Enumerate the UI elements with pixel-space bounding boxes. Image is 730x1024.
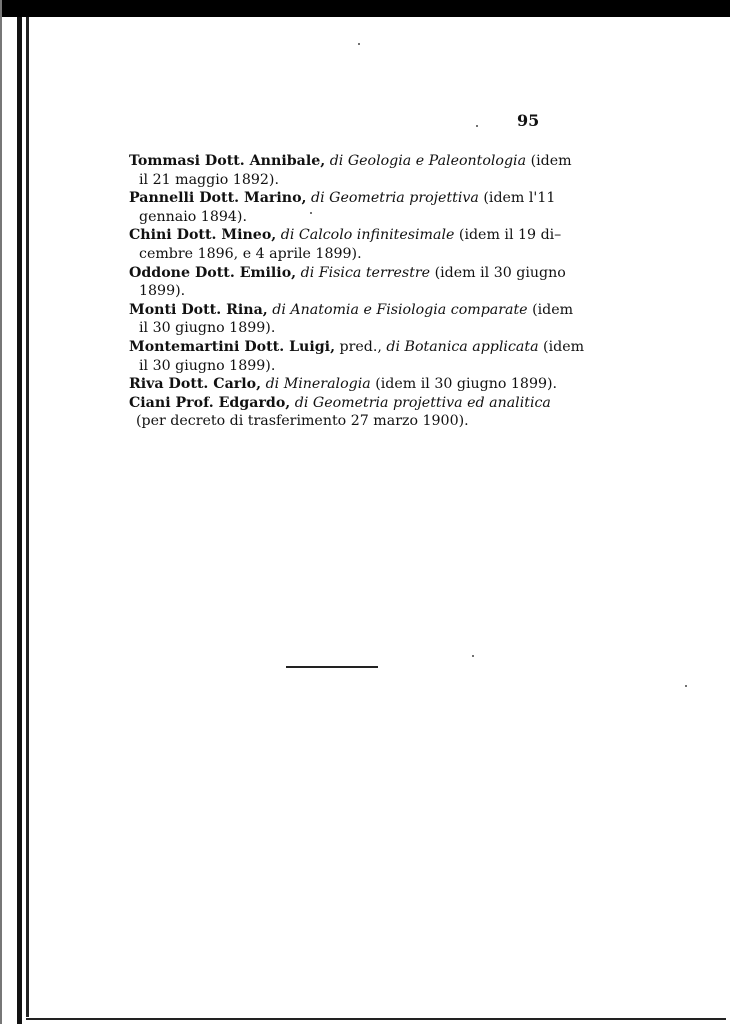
scan-top-border — [0, 0, 730, 17]
scan-speck — [310, 212, 312, 214]
list-item: Tommasi Dott. Annibale, di Geologia e Pa… — [129, 152, 541, 189]
scan-speck — [358, 43, 360, 45]
scan-speck — [685, 685, 687, 687]
list-item: Chini Dott. Mineo, di Calcolo infinitesi… — [129, 226, 541, 263]
book-binding-edge — [26, 17, 29, 1017]
scan-left-edge — [0, 0, 2, 1024]
list-item: Monti Dott. Rina, di Anatomia e Fisiolog… — [129, 301, 541, 338]
list-item: Ciani Prof. Edgardo, di Geometria projet… — [129, 394, 541, 431]
page-number: 95 — [517, 111, 539, 130]
scan-speck — [472, 655, 474, 657]
section-divider-rule — [286, 666, 378, 668]
book-binding-shadow — [17, 17, 22, 1024]
scan-speck — [476, 125, 478, 127]
list-item: Riva Dott. Carlo, di Mineralogia (idem i… — [129, 375, 541, 394]
list-item: Montemartini Dott. Luigi, pred., di Bota… — [129, 338, 541, 375]
faculty-list: Tommasi Dott. Annibale, di Geologia e Pa… — [129, 152, 541, 431]
scan-bottom-edge — [26, 1018, 726, 1020]
list-item: Oddone Dott. Emilio, di Fisica terrestre… — [129, 264, 541, 301]
list-item: Pannelli Dott. Marino, di Geometria proj… — [129, 189, 541, 226]
